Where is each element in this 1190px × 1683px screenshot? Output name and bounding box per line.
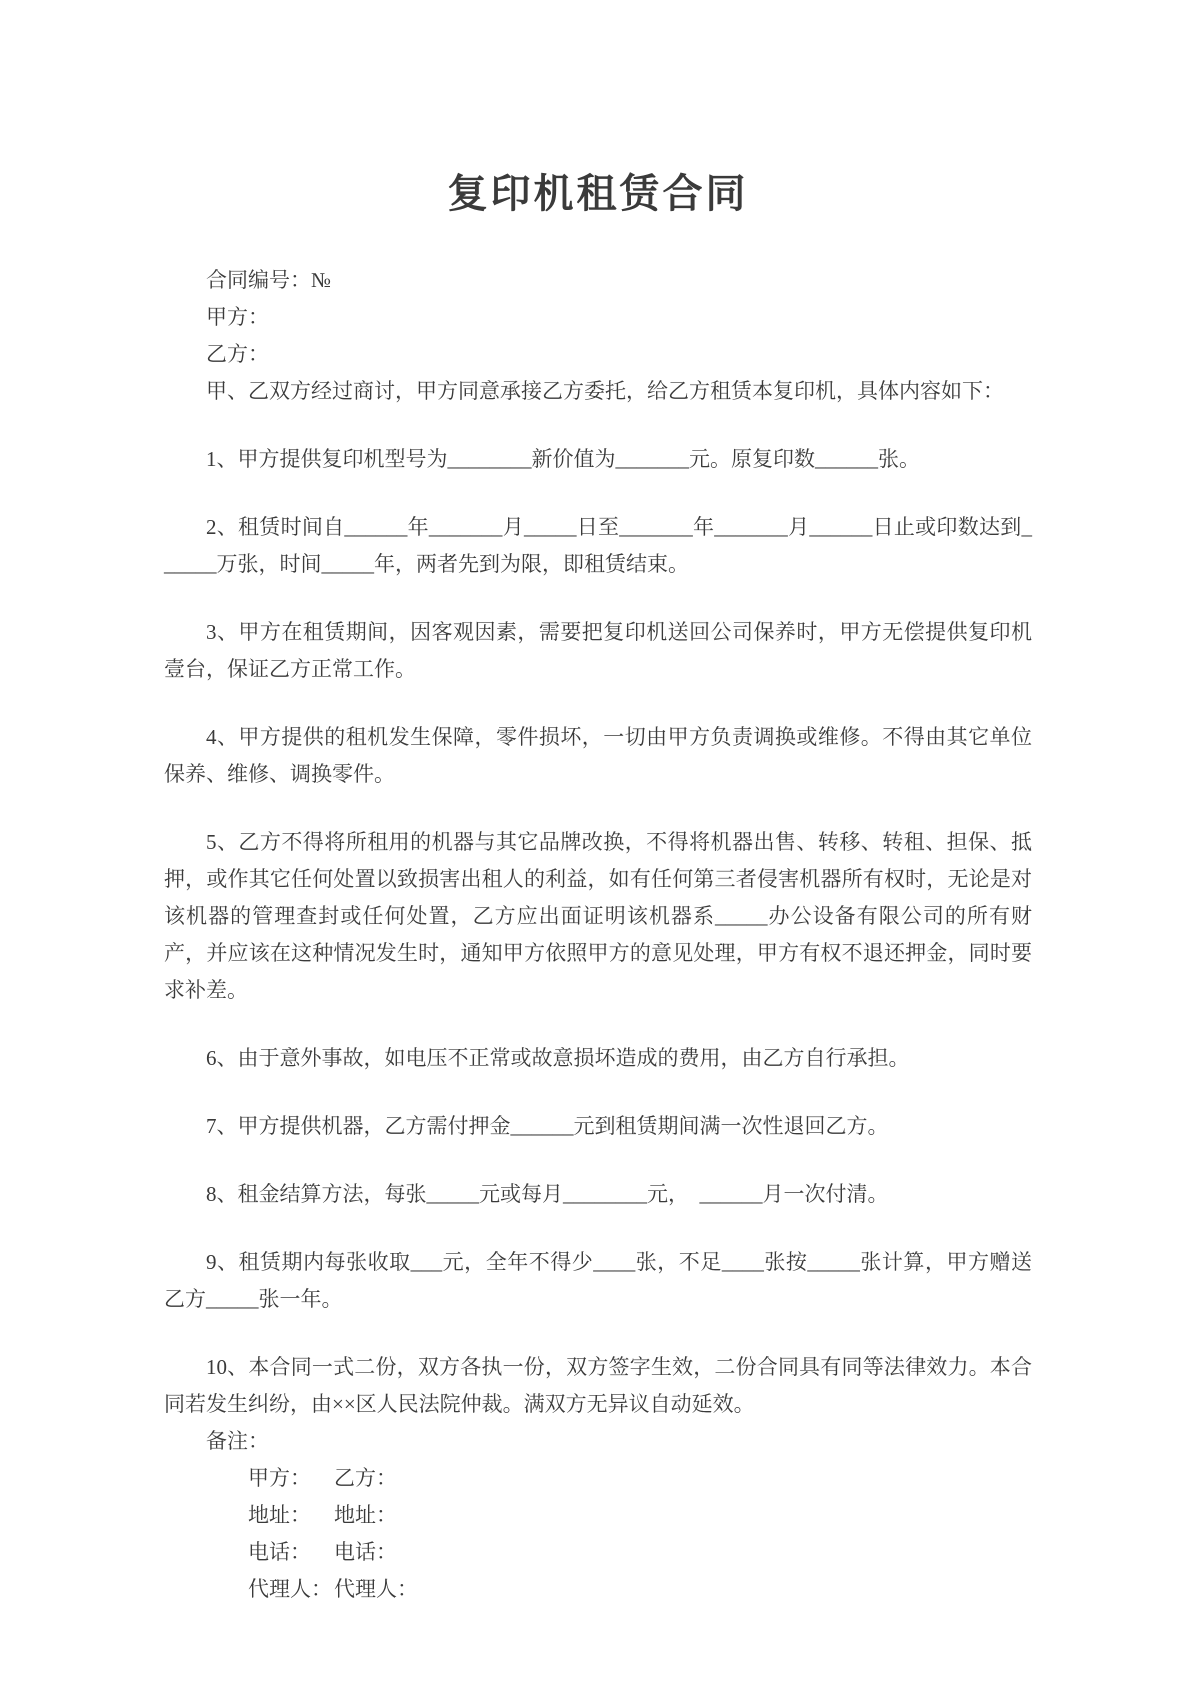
party-a-line: 甲方： — [164, 299, 1032, 336]
clause-8: 8、租金结算方法，每张_____元或每月________元， ______月一次… — [164, 1176, 1032, 1213]
party-a-signature-label: 甲方： — [206, 1460, 334, 1497]
signature-row-agent: 代理人：代理人： — [164, 1571, 1032, 1608]
signature-row-address: 地址：地址： — [164, 1497, 1032, 1534]
clause-10: 10、本合同一式二份，双方各执一份，双方签字生效，二份合同具有同等法律效力。本合… — [164, 1349, 1032, 1423]
document-title: 复印机租赁合同 — [164, 170, 1032, 218]
party-a-agent-label: 代理人： — [206, 1571, 334, 1608]
clause-5: 5、乙方不得将所租用的机器与其它品牌改换，不得将机器出售、转移、转租、担保、抵押… — [164, 824, 1032, 1009]
clause-1: 1、甲方提供复印机型号为________新价值为_______元。原复印数___… — [164, 441, 1032, 478]
remarks-line: 备注： — [164, 1423, 1032, 1460]
party-b-agent-label: 代理人： — [334, 1577, 418, 1601]
signature-row-phone: 电话：电话： — [164, 1534, 1032, 1571]
party-a-phone-label: 电话： — [206, 1534, 334, 1571]
clause-2: 2、租赁时间自______年_______月_____日至_______年___… — [164, 509, 1032, 583]
preamble: 甲、乙双方经过商讨，甲方同意承接乙方委托，给乙方租赁本复印机，具体内容如下： — [164, 373, 1032, 410]
contract-document-page: 复印机租赁合同 合同编号：№ 甲方： 乙方： 甲、乙双方经过商讨，甲方同意承接乙… — [0, 0, 1190, 1683]
clause-4: 4、甲方提供的租机发生保障，零件损坏，一切由甲方负责调换或维修。不得由其它单位保… — [164, 719, 1032, 793]
clause-7: 7、甲方提供机器，乙方需付押金______元到租赁期间满一次性退回乙方。 — [164, 1108, 1032, 1145]
contract-number-line: 合同编号：№ — [164, 262, 1032, 299]
party-b-line: 乙方： — [164, 336, 1032, 373]
party-b-address-label: 地址： — [334, 1503, 397, 1527]
signature-row-parties: 甲方：乙方： — [164, 1460, 1032, 1497]
clause-9: 9、租赁期内每张收取___元，全年不得少____张，不足____张按_____张… — [164, 1244, 1032, 1318]
party-b-signature-label: 乙方： — [334, 1466, 397, 1490]
clause-3: 3、甲方在租赁期间，因客观因素，需要把复印机送回公司保养时，甲方无偿提供复印机壹… — [164, 614, 1032, 688]
party-a-address-label: 地址： — [206, 1497, 334, 1534]
party-b-phone-label: 电话： — [334, 1540, 397, 1564]
clause-6: 6、由于意外事故，如电压不正常或故意损坏造成的费用，由乙方自行承担。 — [164, 1040, 1032, 1077]
